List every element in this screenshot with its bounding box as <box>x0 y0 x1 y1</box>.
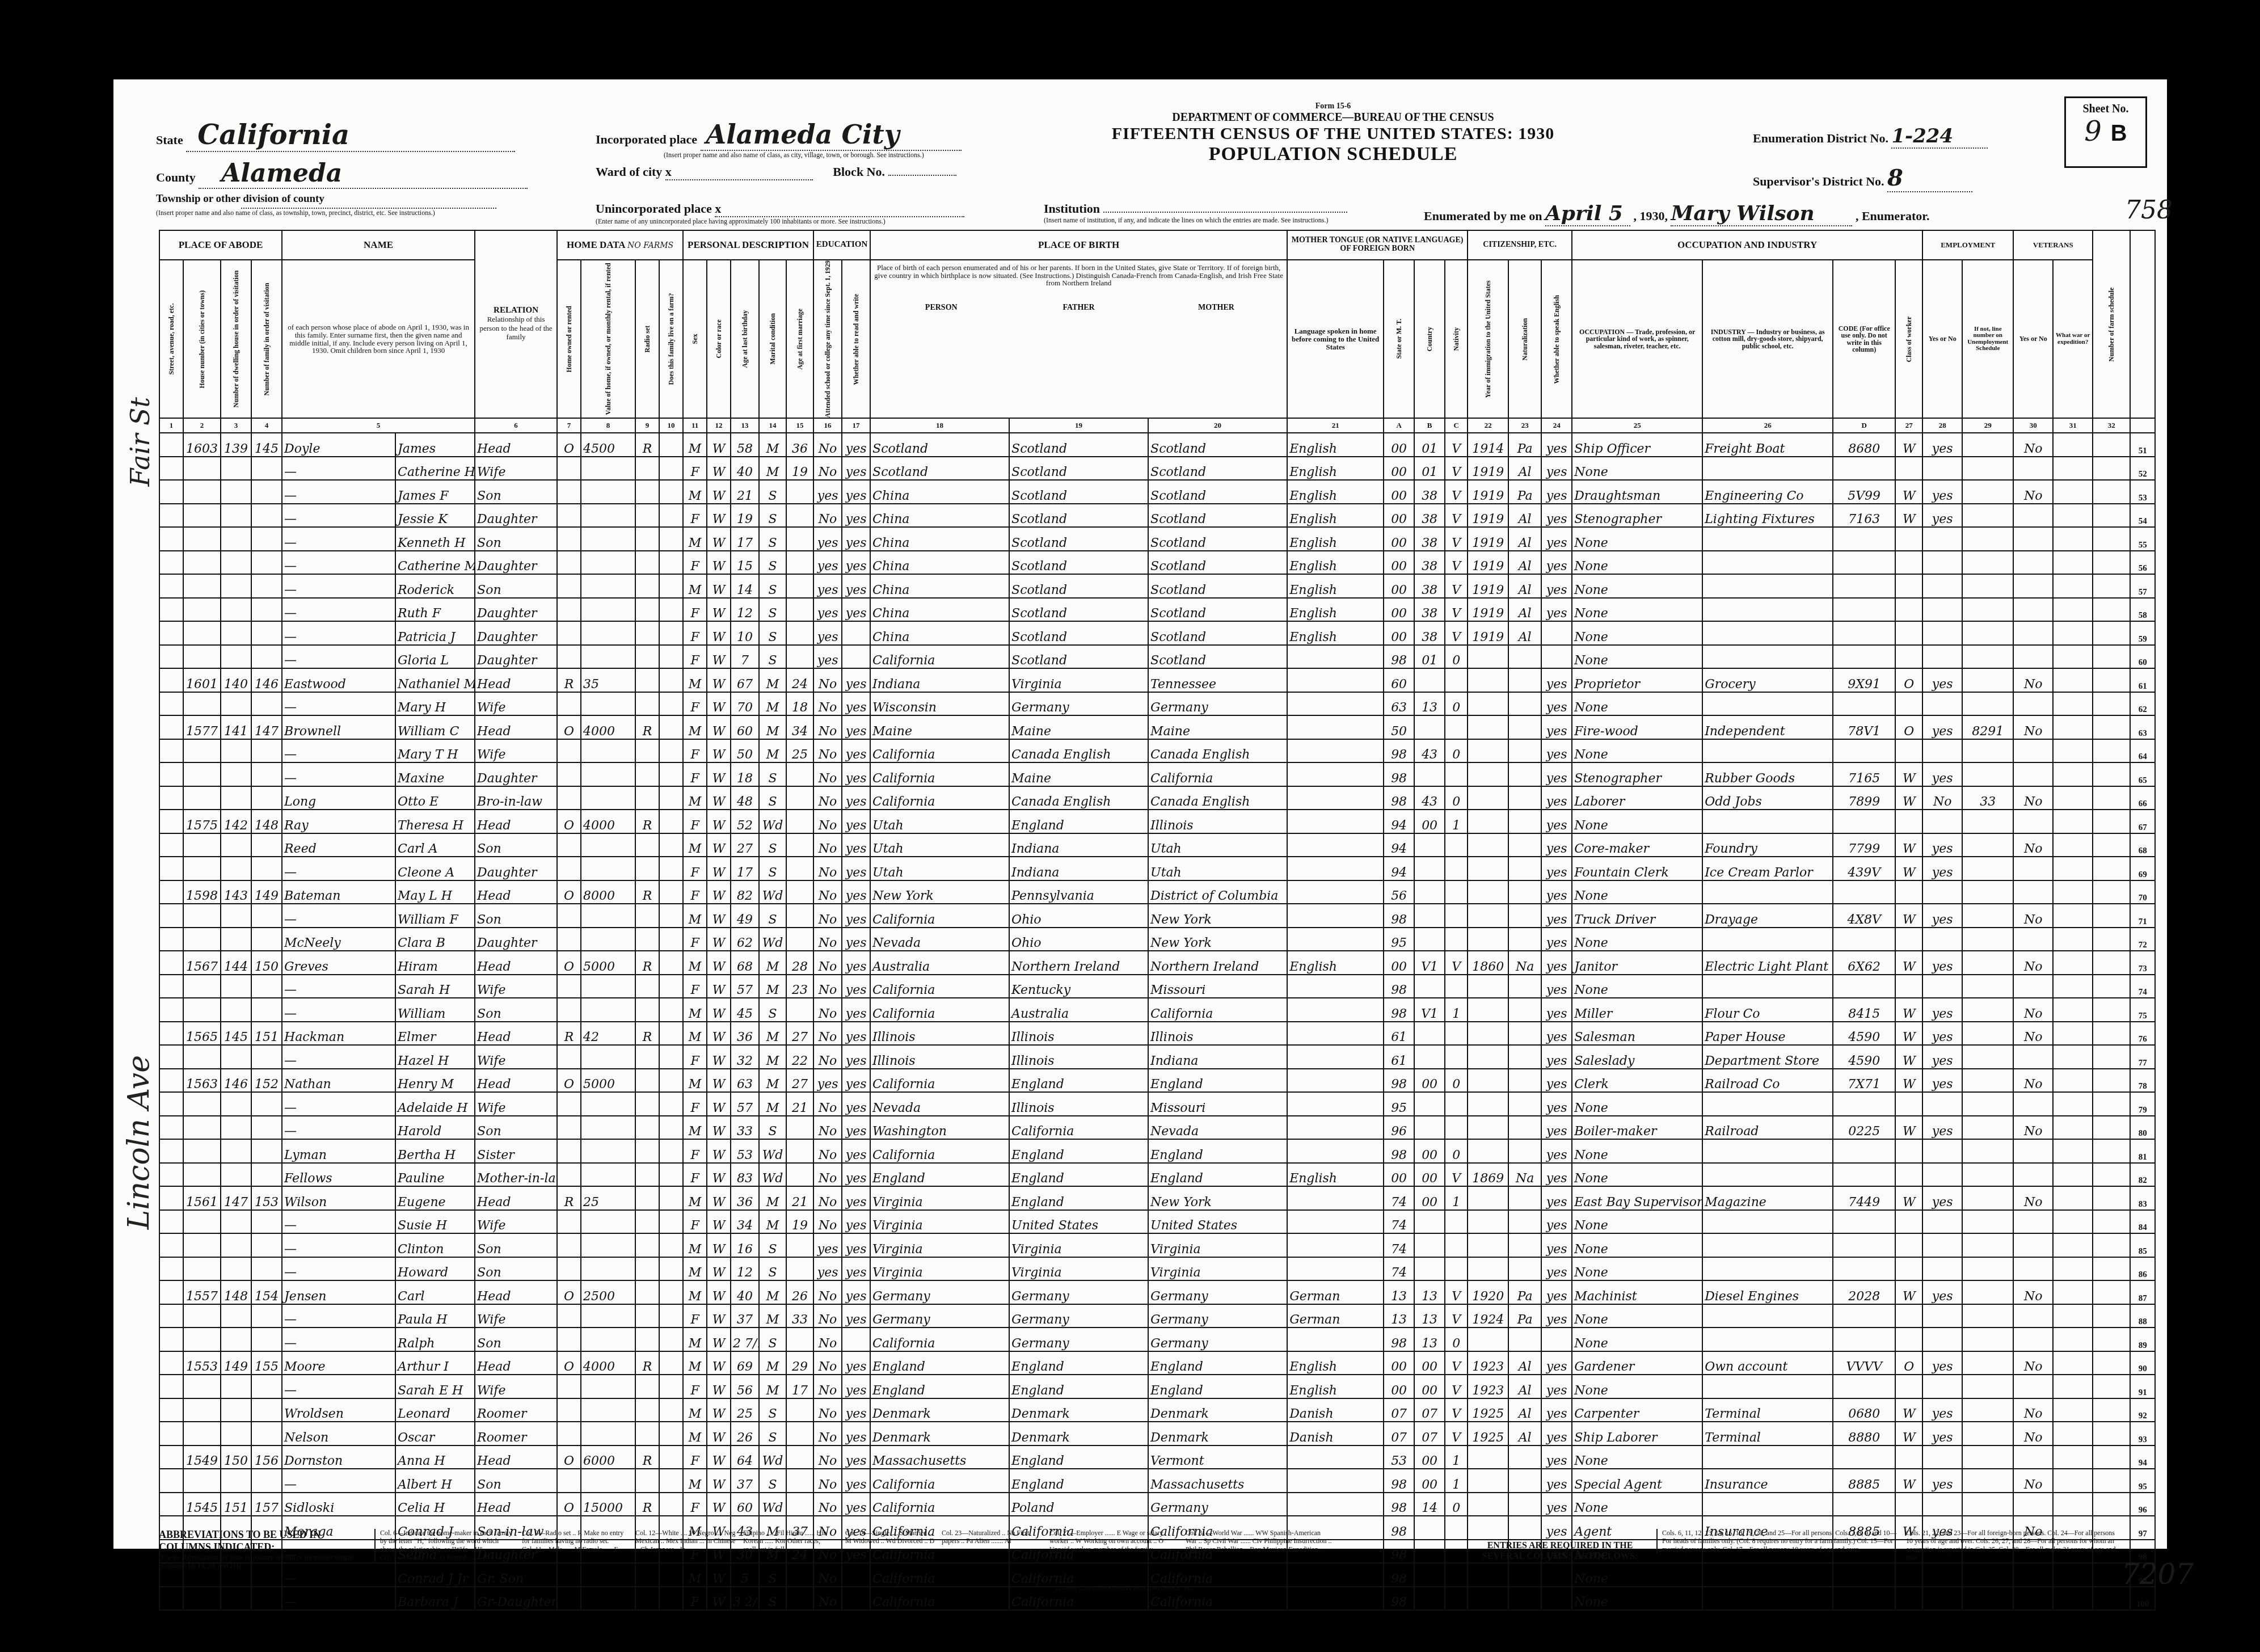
cell-class-of-worker <box>1895 928 1922 951</box>
relation-desc: Relationship of this person to the head … <box>479 315 552 342</box>
cell-given-name: William F <box>395 904 475 928</box>
cell-mother-birthplace: England <box>1148 1351 1287 1375</box>
cell-school: No <box>813 1022 842 1046</box>
cell-code-a: 00 <box>1384 551 1414 575</box>
cell-street <box>159 1069 183 1093</box>
cell-birthplace: California <box>870 1493 1009 1516</box>
cell-veteran: No <box>2013 1469 2053 1493</box>
cell-dwelling-number <box>221 928 251 951</box>
cell-code-c <box>1445 1116 1468 1140</box>
cell-age-first-marriage <box>786 551 813 575</box>
cell-mother-tongue: English <box>1287 621 1384 645</box>
cell-farm-schedule <box>2093 551 2130 575</box>
cell-unemployment-line <box>1962 1304 2013 1328</box>
cell-read-write: yes <box>842 857 870 880</box>
cell-age: 64 <box>731 1445 759 1469</box>
cell-veteran <box>2013 762 2053 786</box>
cell-family-number <box>251 1304 282 1328</box>
cell-farm <box>659 715 683 739</box>
cell-street <box>159 504 183 528</box>
cell-radio <box>635 1304 659 1328</box>
stamp-number-top: 758 <box>2125 196 2173 225</box>
cell-family-number: 146 <box>251 668 282 692</box>
cell-birthplace: California <box>870 904 1009 928</box>
cell-house-number <box>183 1398 221 1422</box>
cell-speaks-english: yes <box>1541 1351 1572 1375</box>
cell-unemployment-line: 33 <box>1962 786 2013 810</box>
cell-class-of-worker <box>1895 598 1922 622</box>
header-read-write: Whether able to read and write <box>842 260 870 418</box>
cell-farm <box>659 928 683 951</box>
cell-marital-status: S <box>759 1257 786 1281</box>
cell-school: No <box>813 715 842 739</box>
cell-industry: Independent <box>1702 715 1833 739</box>
cell-sex: M <box>683 715 707 739</box>
cell-class-of-worker <box>1895 1375 1922 1398</box>
cell-mother-birthplace: Nevada <box>1148 1116 1287 1140</box>
cell-house-number <box>183 1422 221 1445</box>
cell-mother-birthplace: Denmark <box>1148 1422 1287 1445</box>
cell-street <box>159 1045 183 1069</box>
cell-father-birthplace: Kentucky <box>1009 975 1148 998</box>
cell-home-tenure <box>557 1116 581 1140</box>
cell-industry <box>1702 1210 1833 1234</box>
cell-relation: Head <box>475 1351 557 1375</box>
cell-war <box>2053 1327 2093 1351</box>
cell-house-number: 1598 <box>183 880 221 904</box>
cell-sex: F <box>683 645 707 669</box>
cell-immigration-year <box>1468 1257 1508 1281</box>
cell-occupation-code <box>1833 880 1895 904</box>
cell-age: 19 <box>731 504 759 528</box>
cell-employed: yes <box>1922 1116 1962 1140</box>
cell-dwelling-number <box>221 1139 251 1163</box>
cell-given-name: Arthur I <box>395 1351 475 1375</box>
cell-surname: Wilson <box>282 1186 395 1210</box>
cell-code-c: V <box>1445 551 1468 575</box>
cell-sex: M <box>683 433 707 457</box>
cell-class-of-worker <box>1895 1257 1922 1281</box>
cell-naturalization <box>1508 810 1541 833</box>
cell-class-of-worker: W <box>1895 1422 1922 1445</box>
col-num: 11 <box>683 418 707 433</box>
cell-radio <box>635 1233 659 1257</box>
cell-home-value <box>581 786 635 810</box>
cell-occupation: None <box>1572 1233 1702 1257</box>
cell-relation: Head <box>475 810 557 833</box>
cell-mother-tongue <box>1287 762 1384 786</box>
cell-war <box>2053 1163 2093 1187</box>
cell-line-number: 74 <box>2130 975 2155 998</box>
cell-street <box>159 880 183 904</box>
cell-class-of-worker <box>1895 621 1922 645</box>
cell-home-tenure: O <box>557 433 581 457</box>
cell-mother-tongue: English <box>1287 527 1384 551</box>
cell-dwelling-number: 151 <box>221 1493 251 1516</box>
enumerated-date: April 5 <box>1545 201 1630 226</box>
cell-home-tenure <box>557 1398 581 1422</box>
cell-immigration-year: 1919 <box>1468 504 1508 528</box>
cell-line-number: 90 <box>2130 1351 2155 1375</box>
cell-class-of-worker <box>1895 739 1922 763</box>
cell-age-first-marriage: 24 <box>786 668 813 692</box>
cell-given-name: Anna H <box>395 1445 475 1469</box>
table-row: —Hazel HWifeFW32M22NoyesIllinoisIllinois… <box>159 1045 2155 1069</box>
cell-given-name: Ralph <box>395 1327 475 1351</box>
cell-house-number <box>183 1045 221 1069</box>
col-num: 17 <box>842 418 870 433</box>
cell-sex: F <box>683 1139 707 1163</box>
col-num: 6 <box>475 418 557 433</box>
cell-industry: Foundry <box>1702 833 1833 857</box>
cell-farm-schedule <box>2093 1493 2130 1516</box>
cell-surname: — <box>282 1092 395 1116</box>
cell-employed <box>1922 551 1962 575</box>
cell-birthplace: Nevada <box>870 1092 1009 1116</box>
cell-farm-schedule <box>2093 998 2130 1022</box>
cell-occupation: None <box>1572 1257 1702 1281</box>
cell-farm <box>659 1139 683 1163</box>
table-row: 1575142148RayTheresa HHeadO4000RFW52WdNo… <box>159 810 2155 833</box>
cell-line-number: 78 <box>2130 1069 2155 1093</box>
cell-marital-status: S <box>759 762 786 786</box>
cell-home-value <box>581 1304 635 1328</box>
cell-farm <box>659 692 683 716</box>
cell-age-first-marriage <box>786 1327 813 1351</box>
table-row: 1603139145DoyleJamesHeadO4500RMW58M36Noy… <box>159 433 2155 457</box>
census-title: FIFTEENTH CENSUS OF THE UNITED STATES: 1… <box>1078 124 1588 144</box>
cell-sex: F <box>683 504 707 528</box>
cell-dwelling-number <box>221 1233 251 1257</box>
cell-code-c: 1 <box>1445 1186 1468 1210</box>
cell-code-c <box>1445 880 1468 904</box>
cell-line-number: 70 <box>2130 880 2155 904</box>
cell-house-number <box>183 1116 221 1140</box>
form-title-block: Form 15-6 DEPARTMENT OF COMMERCE—BUREAU … <box>1078 102 1588 165</box>
cell-marital-status: S <box>759 551 786 575</box>
cell-race: W <box>707 504 731 528</box>
cell-family-number <box>251 786 282 810</box>
cell-read-write: yes <box>842 1351 870 1375</box>
cell-immigration-year <box>1468 739 1508 763</box>
cell-relation: Head <box>475 715 557 739</box>
cell-surname: — <box>282 1257 395 1281</box>
cell-school: yes <box>813 621 842 645</box>
cell-mother-tongue: English <box>1287 433 1384 457</box>
cell-street <box>159 1186 183 1210</box>
cell-code-b <box>1414 857 1445 880</box>
cell-industry: Rubber Goods <box>1702 762 1833 786</box>
cell-father-birthplace: Denmark <box>1009 1422 1148 1445</box>
cell-code-c: V <box>1445 1163 1468 1187</box>
cell-sex: F <box>683 1304 707 1328</box>
cell-class-of-worker: W <box>1895 1280 1922 1304</box>
table-row: —Mary HWifeFW70M18NoyesWisconsinGermanyG… <box>159 692 2155 716</box>
cell-occupation-code: 8680 <box>1833 433 1895 457</box>
cell-given-name: Otto E <box>395 786 475 810</box>
cell-occupation: None <box>1572 1092 1702 1116</box>
cell-house-number <box>183 598 221 622</box>
cell-house-number <box>183 1257 221 1281</box>
cell-veteran <box>2013 857 2053 880</box>
cell-surname: Nathan <box>282 1069 395 1093</box>
cell-radio <box>635 692 659 716</box>
cell-war <box>2053 857 2093 880</box>
cell-occupation-code <box>1833 1092 1895 1116</box>
cell-read-write <box>842 621 870 645</box>
cell-mother-birthplace: England <box>1148 1139 1287 1163</box>
cell-home-tenure <box>557 1045 581 1069</box>
cell-code-b: 38 <box>1414 574 1445 598</box>
cell-home-tenure: O <box>557 1069 581 1093</box>
cell-surname: — <box>282 598 395 622</box>
cell-veteran <box>2013 928 2053 951</box>
cell-surname: Brownell <box>282 715 395 739</box>
cell-naturalization: Al <box>1508 551 1541 575</box>
cell-veteran <box>2013 1163 2053 1187</box>
cell-read-write: yes <box>842 504 870 528</box>
cell-street <box>159 1163 183 1187</box>
table-row: LongOtto EBro-in-lawMW48SNoyesCalifornia… <box>159 786 2155 810</box>
cell-race: W <box>707 1280 731 1304</box>
cell-war <box>2053 504 2093 528</box>
cell-surname: — <box>282 574 395 598</box>
cell-mother-birthplace: Germany <box>1148 1304 1287 1328</box>
col-num: 5 <box>282 418 475 433</box>
cell-family-number <box>251 1375 282 1398</box>
cell-immigration-year <box>1468 1139 1508 1163</box>
cell-code-b <box>1414 762 1445 786</box>
header-dwelling-number: Number of dwelling house in order of vis… <box>221 260 251 418</box>
cell-father-birthplace: England <box>1009 1139 1148 1163</box>
cell-code-c <box>1445 762 1468 786</box>
cell-farm-schedule <box>2093 457 2130 481</box>
cell-relation: Sister <box>475 1139 557 1163</box>
cell-naturalization: Al <box>1508 621 1541 645</box>
cell-code-b: 00 <box>1414 1351 1445 1375</box>
cell-relation: Head <box>475 433 557 457</box>
cell-employed <box>1922 880 1962 904</box>
cell-marital-status: M <box>759 433 786 457</box>
cell-code-c: 0 <box>1445 692 1468 716</box>
cell-occupation: Miller <box>1572 998 1702 1022</box>
population-schedule-table: PLACE OF ABODE NAME RELATIONRelationship… <box>159 230 2156 1611</box>
cell-employed: yes <box>1922 1069 1962 1093</box>
cell-read-write: yes <box>842 1116 870 1140</box>
cell-employed: yes <box>1922 904 1962 928</box>
cell-mother-tongue <box>1287 1327 1384 1351</box>
cell-farm-schedule <box>2093 715 2130 739</box>
cell-line-number: 94 <box>2130 1445 2155 1469</box>
cell-farm-schedule <box>2093 1327 2130 1351</box>
header-marital: Marital condition <box>759 260 786 418</box>
cell-family-number <box>251 1257 282 1281</box>
unincorporated-field: Unincorporated place x (Enter name of an… <box>596 201 964 226</box>
cell-given-name: Mary H <box>395 692 475 716</box>
cell-class-of-worker <box>1895 1139 1922 1163</box>
cell-veteran <box>2013 1257 2053 1281</box>
cell-employed <box>1922 1139 1962 1163</box>
cell-class-of-worker: W <box>1895 480 1922 504</box>
cell-surname: — <box>282 1375 395 1398</box>
cell-race: W <box>707 904 731 928</box>
cell-occupation-code: 0680 <box>1833 1398 1895 1422</box>
cell-race: W <box>707 951 731 975</box>
cell-age: 37 <box>731 1304 759 1328</box>
cell-farm-schedule <box>2093 1469 2130 1493</box>
cell-school: yes <box>813 480 842 504</box>
cell-war <box>2053 739 2093 763</box>
cell-immigration-year: 1919 <box>1468 598 1508 622</box>
cell-line-number: 63 <box>2130 715 2155 739</box>
cell-industry <box>1702 739 1833 763</box>
cell-code-c: 0 <box>1445 739 1468 763</box>
cell-birthplace: California <box>870 1139 1009 1163</box>
cell-dwelling-number <box>221 1304 251 1328</box>
cell-race: W <box>707 1257 731 1281</box>
cell-father-birthplace: Poland <box>1009 1493 1148 1516</box>
cell-farm <box>659 1045 683 1069</box>
cell-naturalization <box>1508 1493 1541 1516</box>
cell-war <box>2053 457 2093 481</box>
cell-mother-tongue: Danish <box>1287 1422 1384 1445</box>
cell-unemployment-line <box>1962 1445 2013 1469</box>
cell-mother-birthplace: Scotland <box>1148 504 1287 528</box>
header-code-b: Country <box>1414 260 1445 418</box>
col-num: 7 <box>557 418 581 433</box>
unincorporated-label: Unincorporated place <box>596 201 712 216</box>
cell-veteran <box>2013 1092 2053 1116</box>
cell-race: W <box>707 1186 731 1210</box>
cell-immigration-year: 1919 <box>1468 574 1508 598</box>
supervisor-district-field: Supervisor's District No. 8 <box>1753 165 1972 192</box>
cell-street <box>159 1398 183 1422</box>
cell-dwelling-number: 141 <box>221 715 251 739</box>
cell-code-a: 74 <box>1384 1233 1414 1257</box>
cell-sex: M <box>683 574 707 598</box>
cell-relation: Son <box>475 833 557 857</box>
cell-unemployment-line <box>1962 739 2013 763</box>
cell-line-number: 87 <box>2130 1280 2155 1304</box>
cell-race: W <box>707 1163 731 1187</box>
cell-sex: F <box>683 621 707 645</box>
cell-code-a: 95 <box>1384 1092 1414 1116</box>
cell-home-tenure <box>557 1257 581 1281</box>
table-row: 1565145151HackmanElmerHeadR42RMW36M27Noy… <box>159 1022 2155 1046</box>
cell-speaks-english: yes <box>1541 975 1572 998</box>
cell-code-c: V <box>1445 457 1468 481</box>
cell-immigration-year <box>1468 857 1508 880</box>
cell-occupation: None <box>1572 1163 1702 1187</box>
cell-given-name: Elmer <box>395 1022 475 1046</box>
cell-mother-tongue: English <box>1287 457 1384 481</box>
cell-employed: yes <box>1922 1022 1962 1046</box>
cell-age: 14 <box>731 574 759 598</box>
cell-school: No <box>813 857 842 880</box>
cell-marital-status: S <box>759 1422 786 1445</box>
cell-age-first-marriage: 23 <box>786 975 813 998</box>
cell-farm <box>659 551 683 575</box>
cell-speaks-english <box>1541 621 1572 645</box>
cell-race: W <box>707 1069 731 1093</box>
cell-school: No <box>813 1092 842 1116</box>
cell-occupation: Ship Laborer <box>1572 1422 1702 1445</box>
cell-house-number <box>183 1233 221 1257</box>
cell-veteran <box>2013 1445 2053 1469</box>
cell-code-a: 98 <box>1384 786 1414 810</box>
col-num: 10 <box>659 418 683 433</box>
header-code-a: State or M. T. <box>1384 260 1414 418</box>
table-row: WroldsenLeonardRoomerMW25SNoyesDenmarkDe… <box>159 1398 2155 1422</box>
cell-code-b <box>1414 1045 1445 1069</box>
cell-father-birthplace: Indiana <box>1009 857 1148 880</box>
cell-farm <box>659 433 683 457</box>
cell-occupation-code: 8885 <box>1833 1469 1895 1493</box>
cell-family-number <box>251 692 282 716</box>
cell-age-first-marriage: 26 <box>786 1280 813 1304</box>
cell-family-number <box>251 1233 282 1257</box>
cell-dwelling-number <box>221 904 251 928</box>
cell-relation: Mother-in-law <box>475 1163 557 1187</box>
cell-unemployment-line <box>1962 1210 2013 1234</box>
cell-occupation: Saleslady <box>1572 1045 1702 1069</box>
cell-employed: yes <box>1922 1351 1962 1375</box>
cell-farm <box>659 857 683 880</box>
cell-marital-status: M <box>759 668 786 692</box>
cell-marital-status: Wd <box>759 928 786 951</box>
cell-mother-birthplace: Scotland <box>1148 574 1287 598</box>
cell-marital-status: M <box>759 975 786 998</box>
cell-dwelling-number <box>221 1092 251 1116</box>
cell-farm-schedule <box>2093 739 2130 763</box>
cell-home-value <box>581 527 635 551</box>
block-label: Block No. <box>833 165 885 179</box>
cell-occupation-code <box>1833 1163 1895 1187</box>
cell-mother-tongue <box>1287 975 1384 998</box>
cell-age: 12 <box>731 598 759 622</box>
cell-code-c: 1 <box>1445 1445 1468 1469</box>
cell-read-write: yes <box>842 998 870 1022</box>
cell-code-c: 0 <box>1445 1139 1468 1163</box>
cell-home-tenure <box>557 457 581 481</box>
cell-dwelling-number: 144 <box>221 951 251 975</box>
street-note-lincoln: Lincoln Ave <box>122 1055 156 1229</box>
table-row: 1563146152NathanHenry MHeadO5000MW63M27y… <box>159 1069 2155 1093</box>
cell-relation: Daughter <box>475 504 557 528</box>
cell-code-b: 00 <box>1414 1163 1445 1187</box>
cell-unemployment-line <box>1962 1422 2013 1445</box>
cell-occupation: Stenographer <box>1572 762 1702 786</box>
cell-veteran: No <box>2013 715 2053 739</box>
cell-given-name: Paula H <box>395 1304 475 1328</box>
cell-sex: M <box>683 1257 707 1281</box>
cell-dwelling-number <box>221 975 251 998</box>
cell-unemployment-line <box>1962 1092 2013 1116</box>
cell-occupation-code <box>1833 1139 1895 1163</box>
cell-veteran <box>2013 504 2053 528</box>
cell-home-tenure <box>557 574 581 598</box>
cell-race: W <box>707 1045 731 1069</box>
cell-race: W <box>707 762 731 786</box>
cell-mother-tongue: English <box>1287 1375 1384 1398</box>
cell-age-first-marriage: 21 <box>786 1092 813 1116</box>
cell-unemployment-line <box>1962 1022 2013 1046</box>
cell-employed: yes <box>1922 480 1962 504</box>
ed-value: 1-224 <box>1891 125 1988 149</box>
cell-industry <box>1702 621 1833 645</box>
cell-industry <box>1702 928 1833 951</box>
cell-read-write: yes <box>842 715 870 739</box>
